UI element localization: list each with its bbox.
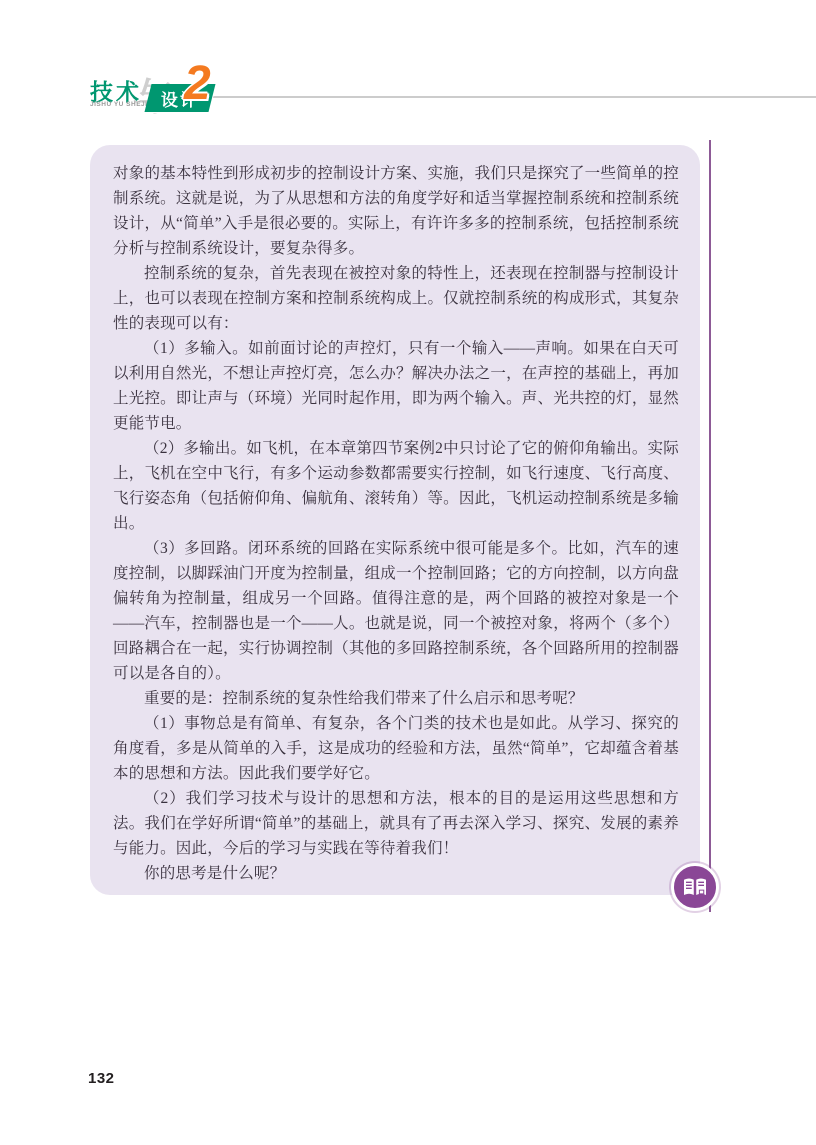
accent-line bbox=[709, 140, 711, 912]
reading-badge bbox=[671, 863, 719, 911]
content-panel: 对象的基本特性到形成初步的控制设计方案、实施，我们只是探究了一些简单的控制系统。… bbox=[90, 145, 700, 895]
paragraph: 对象的基本特性到形成初步的控制设计方案、实施，我们只是探究了一些简单的控制系统。… bbox=[113, 161, 679, 261]
paragraph: 控制系统的复杂，首先表现在被控对象的特性上，还表现在控制器与控制设计上，也可以表… bbox=[113, 261, 679, 336]
paragraph: 你的思考是什么呢？ bbox=[113, 861, 679, 886]
paragraph: （2）我们学习技术与设计的思想和方法，根本的目的是运用这些思想和方法。我们在学好… bbox=[113, 786, 679, 861]
logo-pinyin: JISHU YU SHEJI 2 bbox=[90, 101, 154, 108]
paragraph: （1）多输入。如前面讨论的声控灯，只有一个输入——声响。如果在白天可以利用自然光… bbox=[113, 336, 679, 436]
paragraph: （2）多输出。如飞机，在本章第四节案例2中只讨论了它的俯仰角输出。实际上，飞机在… bbox=[113, 436, 679, 536]
open-book-icon bbox=[680, 872, 710, 902]
content-panel-text: 对象的基本特性到形成初步的控制设计方案、实施，我们只是探究了一些简单的控制系统。… bbox=[113, 161, 679, 886]
header-rule bbox=[212, 96, 816, 98]
page-number: 132 bbox=[88, 1070, 115, 1087]
paragraph: 重要的是：控制系统的复杂性给我们带来了什么启示和思考呢？ bbox=[113, 686, 679, 711]
paragraph: （1）事物总是有简单、有复杂，各个门类的技术也是如此。从学习、探究的角度看，多是… bbox=[113, 711, 679, 786]
logo-volume-number: 2 bbox=[184, 56, 211, 111]
book-logo: 与 技术 JISHU YU SHEJI 2 设计 2 bbox=[88, 64, 233, 122]
paragraph: （3）多回路。闭环系统的回路在实际系统中很可能是多个。比如，汽车的速度控制，以脚… bbox=[113, 536, 679, 686]
